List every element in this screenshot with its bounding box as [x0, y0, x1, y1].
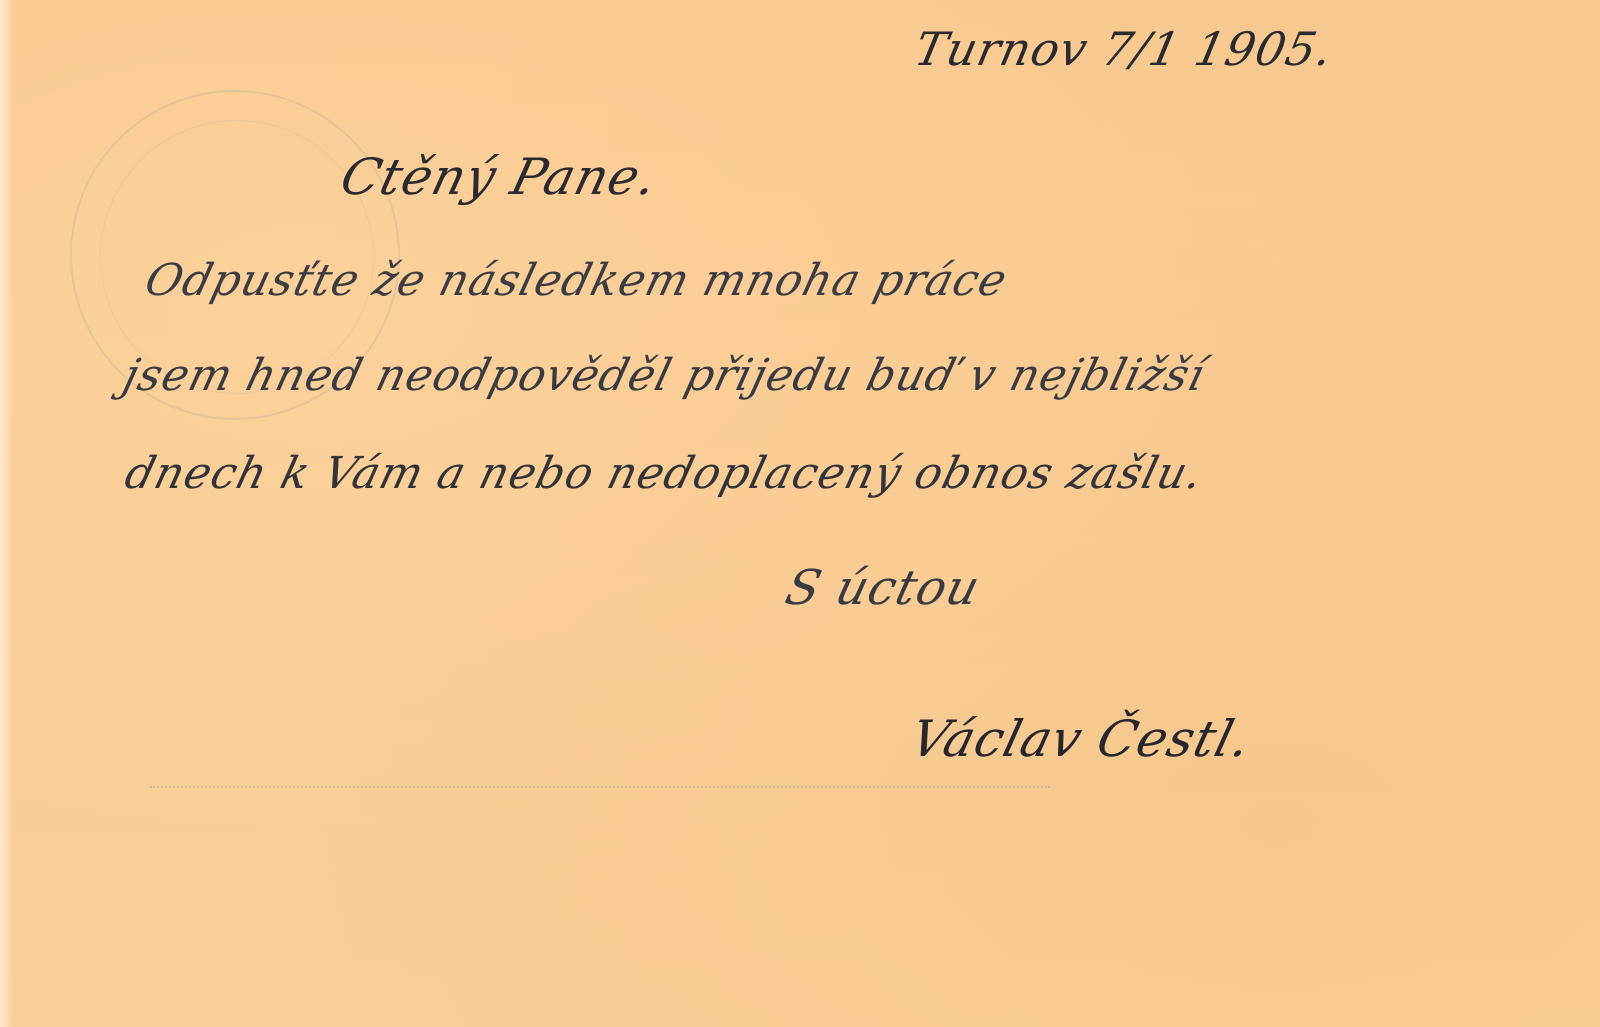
body-line-2: jsem hned neodpověděl přijedu buď v nejb…: [118, 350, 1211, 401]
place-date: Turnov 7/1 1905.: [910, 22, 1338, 76]
body-line-3: dnech k Vám a nebo nedoplacený obnos zaš…: [120, 448, 1209, 499]
signature: Václav Čestl.: [905, 710, 1257, 768]
postcard: Turnov 7/1 1905. Ctěný Pane. Odpusťte že…: [0, 0, 1600, 1027]
faint-dotted-address-line: [150, 786, 1050, 788]
paper-edge: [0, 0, 14, 1027]
greeting: Ctěný Pane.: [335, 148, 664, 206]
body-line-1: Odpusťte že následkem mnoha práce: [140, 255, 1013, 306]
closing: S úctou: [780, 560, 986, 616]
